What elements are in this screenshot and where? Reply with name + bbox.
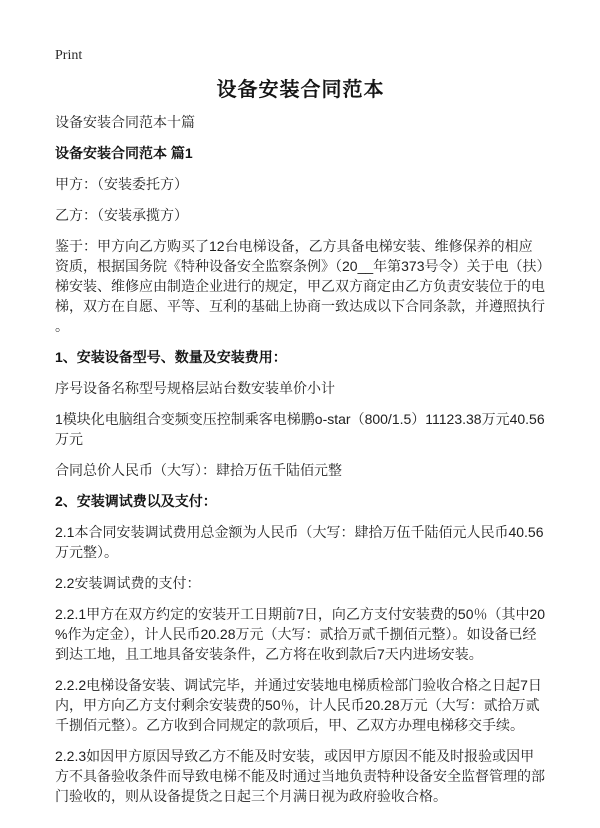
party-b-line: 乙方：（安装承揽方） (55, 205, 546, 225)
clause-2-2: 2.2安装调试费的支付： (55, 573, 546, 593)
intro-line: 设备安装合同范本十篇 (55, 112, 546, 132)
equipment-row-line: 1模块化电脑组合变频变压控制乘客电梯鹏o-star（800/1.5）11123.… (55, 409, 546, 449)
document-page: Print 设备安装合同范本 设备安装合同范本十篇 设备安装合同范本 篇1 甲方… (0, 0, 600, 828)
table-header-line: 序号设备名称型号规格层站台数安装单价小计 (55, 378, 546, 398)
document-body: 设备安装合同范本十篇 设备安装合同范本 篇1 甲方：（安装委托方） 乙方：（安装… (55, 112, 546, 806)
clause-2-2-2: 2.2.2电梯设备安装、调试完毕，并通过安装地电梯质检部门验收合格之日起7日内，… (55, 675, 546, 735)
clause-2-2-3: 2.2.3如因甲方原因导致乙方不能及时安装，或因甲方原因不能及时报验或因甲方不具… (55, 746, 546, 806)
section-heading-p1: 设备安装合同范本 篇1 (55, 143, 546, 163)
preamble-paragraph: 鉴于：甲方向乙方购买了12台电梯设备，乙方具备电梯安装、维修保养的相应资质，根据… (55, 236, 546, 336)
page-title: 设备安装合同范本 (55, 79, 546, 101)
total-price-line: 合同总价人民币（大写）：肆拾万伍千陆佰元整 (55, 460, 546, 480)
clause-2-2-1: 2.2.1甲方在双方约定的安装开工日期前7日，向乙方支付安装费的50％（其中20… (55, 604, 546, 664)
clause-2-1: 2.1本合同安装调试费用总金额为人民币（大写：肆拾万伍千陆佰元人民币40.56万… (55, 522, 546, 562)
print-link[interactable]: Print (55, 48, 82, 63)
clause-2-heading: 2、安装调试费以及支付： (55, 491, 546, 511)
party-a-line: 甲方：（安装委托方） (55, 174, 546, 194)
clause-1-heading: 1、安装设备型号、数量及安装费用： (55, 347, 546, 367)
